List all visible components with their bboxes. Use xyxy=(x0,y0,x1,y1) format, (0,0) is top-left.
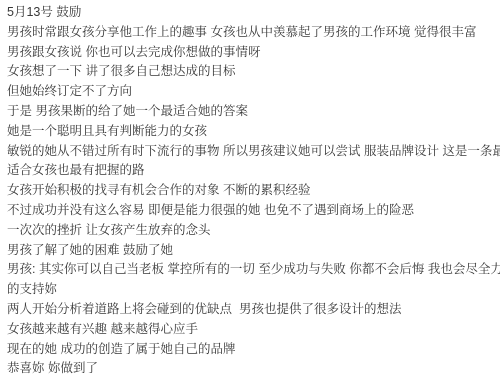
text-line: 她是一个聪明且具有判断能力的女孩 xyxy=(7,122,496,142)
text-line: 不过成功并没有这么容易 即便是能力很强的她 也免不了遇到商场上的险恶 xyxy=(7,201,496,221)
text-line: 恭喜妳 妳做到了 xyxy=(7,359,496,379)
date-heading: 5月13号 鼓励 xyxy=(7,3,496,23)
text-line: 于是 男孩果断的给了她一个最适合她的答案 xyxy=(7,102,496,122)
text-line: 女孩越来越有兴趣 越来越得心应手 xyxy=(7,320,496,340)
text-line: 适合女孩也最有把握的路 xyxy=(7,161,496,181)
text-line: 女孩想了一下 讲了很多自己想达成的目标 xyxy=(7,62,496,82)
text-line-dialogue-wrap: 的支持妳 xyxy=(7,280,496,300)
text-line: 一次次的挫折 让女孩产生放弃的念头 xyxy=(7,221,496,241)
text-line: 男孩了解了她的困难 鼓励了她 xyxy=(7,241,496,261)
text-line: 敏锐的她从不错过所有时下流行的事物 所以男孩建议她可以尝试 服装品牌设计 这是一… xyxy=(7,142,496,162)
text-line: 现在的她 成功的创造了属于她自己的品牌 xyxy=(7,340,496,360)
text-line: 女孩开始积极的找寻有机会合作的对象 不断的累积经验 xyxy=(7,181,496,201)
text-line-dialogue: 男孩: 其实你可以自己当老板 掌控所有的一切 至少成功与失败 你都不会后悔 我也… xyxy=(7,260,496,280)
text-line: 两人开始分析着道路上将会碰到的优缺点 男孩也提供了很多设计的想法 xyxy=(7,300,496,320)
text-line: 但她始终订定不了方向 xyxy=(7,82,496,102)
document-page: 5月13号 鼓励 男孩时常跟女孩分享他工作上的趣事 女孩也从中羡慕起了男孩的工作… xyxy=(0,0,500,379)
text-line: 男孩跟女孩说 你也可以去完成你想做的事情呀 xyxy=(7,43,496,63)
text-line: 男孩时常跟女孩分享他工作上的趣事 女孩也从中羡慕起了男孩的工作环境 觉得很丰富 xyxy=(7,23,496,43)
